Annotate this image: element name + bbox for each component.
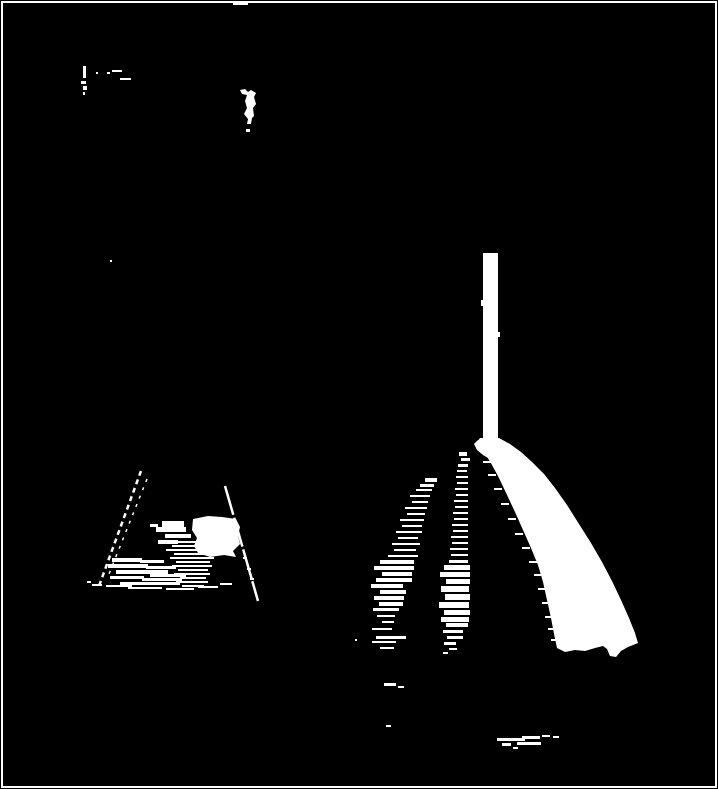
volumetric-neck-fragment	[498, 332, 500, 337]
scene-svg	[0, 0, 718, 789]
erlenmeyer-liquid-lower-speckle-fragment	[150, 574, 186, 577]
erlenmeyer-liquid-lower-speckle-fragment	[120, 582, 180, 585]
erlenmeyer-bottom-dashes-fragment	[198, 586, 218, 588]
volumetric-stripe-triangle-fragment	[388, 555, 418, 557]
volumetric-neck-fragment	[481, 300, 483, 306]
volumetric-stripe-triangle-fragment	[412, 501, 428, 503]
erlenmeyer-bottom-dashes-fragment	[128, 587, 162, 589]
volumetric-stripe-triangle-fragment	[394, 549, 416, 551]
erlenmeyer-liquid-lower-speckle-fragment	[116, 570, 168, 574]
background-glints-fragment	[355, 639, 357, 641]
volumetric-chain-reflection-fragment	[451, 554, 468, 556]
volumetric-stripe-triangle-fragment	[407, 513, 425, 515]
volumetric-stripe-triangle-dense-fragment	[373, 608, 399, 611]
top-edge-dash	[233, 2, 248, 5]
volumetric-chain-dense-blob-fragment	[444, 565, 470, 570]
erlenmeyer-liquid-upper-patches-fragment	[150, 524, 158, 527]
background-glints-fragment	[81, 81, 86, 84]
volumetric-chain-dense-blob-fragment	[444, 642, 456, 645]
volumetric-chain-reflection-fragment	[456, 476, 468, 478]
volumetric-lower-specks-fragment	[398, 686, 404, 688]
background-glints-fragment	[96, 72, 98, 74]
erlenmeyer-liquid-stripes-fragment	[180, 577, 206, 579]
volumetric-stripe-triangle-dense-fragment	[382, 621, 394, 623]
volumetric-chain-dense-blob-fragment	[449, 648, 457, 650]
erlenmeyer-liquid-upper-patches-fragment	[165, 534, 191, 538]
volumetric-stripe-triangle-fragment	[410, 495, 430, 497]
erlenmeyer-liquid-lower-speckle-fragment	[106, 585, 132, 587]
background-glints-fragment	[112, 70, 122, 72]
volumetric-stripe-triangle-fragment	[392, 543, 420, 545]
background-glints-fragment	[83, 66, 86, 78]
volumetric-stripe-triangle-dense-fragment	[376, 578, 412, 582]
volumetric-chain-dense-blob-fragment	[445, 594, 470, 600]
volumetric-band-left-edge-dashes-fragment	[494, 488, 502, 490]
volumetric-stripe-triangle-fragment	[398, 537, 418, 539]
volumetric-base-streak-fragment	[497, 738, 525, 741]
erlenmeyer-bottom-dashes-fragment	[87, 581, 91, 583]
volumetric-stripe-triangle-dense-fragment	[374, 566, 414, 570]
background-glints-fragment	[83, 92, 85, 95]
erlenmeyer-neck-glint-specks	[246, 129, 250, 132]
erlenmeyer-liquid-lower-speckle-fragment	[142, 578, 182, 581]
volumetric-stripe-triangle-dense-fragment	[382, 572, 412, 576]
volumetric-lower-specks-fragment	[386, 725, 391, 727]
volumetric-chain-dense-blob-fragment	[443, 652, 448, 654]
volumetric-stripe-triangle-dense-fragment	[380, 647, 394, 649]
volumetric-chain-dense-blob-fragment	[444, 610, 470, 615]
volumetric-chain-reflection-fragment	[455, 488, 468, 490]
erlenmeyer-liquid-lower-speckle-fragment	[112, 558, 142, 562]
volumetric-chain-reflection-fragment	[457, 482, 468, 484]
volumetric-band-left-edge-dashes-fragment	[501, 503, 509, 505]
background-glints-fragment	[107, 72, 110, 74]
erlenmeyer-bottom-dashes-fragment	[166, 588, 194, 590]
volumetric-chain-reflection-fragment	[456, 494, 468, 496]
erlenmeyer-liquid-stripes-fragment	[176, 561, 210, 563]
erlenmeyer-liquid-lower-speckle-fragment	[140, 560, 164, 563]
background-glints-fragment	[83, 86, 87, 90]
volumetric-band-left-edge-dashes-fragment	[508, 518, 516, 520]
volumetric-chain-dense-blob-fragment	[443, 630, 463, 633]
erlenmeyer-liquid-lower-speckle-fragment	[146, 566, 176, 569]
erlenmeyer-liquid-bright-blob	[192, 516, 240, 557]
volumetric-stripe-triangle-fragment	[402, 525, 422, 527]
volumetric-base-streak-fragment	[553, 736, 559, 738]
volumetric-stripe-triangle-fragment	[405, 507, 427, 509]
volumetric-stripe-triangle-fragment	[425, 478, 437, 482]
volumetric-chain-dense-blob-fragment	[446, 623, 468, 627]
volumetric-chain-reflection-fragment	[453, 530, 468, 532]
volumetric-chain-reflection-fragment	[453, 512, 468, 514]
volumetric-stripe-triangle-dense-fragment	[380, 590, 406, 594]
erlenmeyer-liquid-stripes-fragment	[176, 581, 208, 583]
volumetric-chain-reflection-fragment	[452, 524, 468, 526]
volumetric-band-left-edge-dashes-fragment	[522, 547, 530, 549]
volumetric-stripe-triangle-dense-fragment	[374, 596, 404, 600]
volumetric-chain-dense-blob-fragment	[439, 602, 469, 608]
volumetric-base-streak-fragment	[517, 742, 541, 745]
volumetric-stripe-triangle-dense-fragment	[380, 560, 414, 564]
erlenmeyer-liquid-lower-speckle-fragment	[110, 576, 144, 579]
volumetric-chain-reflection-fragment	[451, 536, 468, 538]
volumetric-chain-dense-blob-fragment	[441, 617, 469, 622]
volumetric-chain-dense-blob-fragment	[441, 586, 469, 592]
volumetric-stripe-triangle-fragment	[416, 489, 432, 491]
volumetric-chain-reflection-fragment	[461, 458, 470, 461]
volumetric-base-streak-fragment	[522, 736, 540, 739]
volumetric-chain-reflection-fragment	[457, 470, 467, 472]
volumetric-chain-reflection-fragment	[449, 560, 468, 563]
erlenmeyer-neck-glint-specks-fragment	[246, 129, 250, 132]
volumetric-chain-reflection-fragment	[455, 506, 468, 508]
volumetric-chain-reflection-fragment	[454, 518, 468, 520]
top-edge-dash-fragment	[233, 2, 248, 5]
volumetric-base-streak-fragment	[502, 743, 511, 746]
volumetric-chain-reflection-fragment	[450, 548, 468, 550]
volumetric-base-streak-fragment	[513, 747, 518, 749]
erlenmeyer-liquid-stripes-fragment	[170, 557, 214, 559]
erlenmeyer-liquid-stripes-fragment	[178, 569, 208, 571]
volumetric-chain-reflection-fragment	[452, 542, 468, 544]
volumetric-chain-dense-blob-fragment	[440, 572, 470, 577]
volumetric-base-streak-fragment	[542, 735, 550, 737]
erlenmeyer-liquid-lower-speckle-fragment	[108, 564, 148, 568]
volumetric-neck-fragment	[483, 253, 498, 441]
erlenmeyer-bottom-dashes-fragment	[220, 583, 232, 585]
volumetric-neck	[481, 253, 500, 441]
erlenmeyer-liquid-stripes-fragment	[172, 565, 212, 567]
background-glints-fragment	[110, 260, 112, 262]
erlenmeyer-liquid-upper-patches-fragment	[156, 527, 186, 532]
volumetric-stripe-triangle-fragment	[420, 484, 434, 487]
volumetric-chain-dense-blob-fragment	[447, 636, 463, 639]
volumetric-stripe-triangle-fragment	[400, 519, 424, 521]
volumetric-chain-reflection-fragment	[454, 500, 468, 502]
volumetric-band-left-edge-dashes-fragment	[529, 561, 537, 563]
volumetric-stripe-triangle-dense-fragment	[377, 615, 395, 617]
volumetric-chain-reflection-fragment	[458, 464, 468, 467]
volumetric-stripe-triangle-dense-fragment	[372, 641, 396, 643]
volumetric-stripe-triangle-dense-fragment	[379, 602, 403, 606]
photo-background	[0, 0, 718, 789]
volumetric-stripe-triangle-dense-fragment	[376, 636, 406, 639]
thresholded-photo-canvas	[0, 0, 718, 789]
erlenmeyer-liquid-upper-patches-fragment	[162, 521, 184, 527]
volumetric-stripe-triangle-fragment	[396, 531, 422, 533]
background-glints-fragment	[120, 78, 131, 80]
volumetric-stripe-triangle-dense-fragment	[372, 628, 392, 630]
volumetric-chain-dense-blob-fragment	[446, 579, 470, 584]
volumetric-band-left-edge-dashes-fragment	[515, 533, 523, 535]
volumetric-lower-specks-fragment	[384, 683, 396, 686]
volumetric-chain-reflection-fragment	[459, 452, 467, 456]
volumetric-stripe-triangle-dense-fragment	[371, 584, 403, 588]
volumetric-band-left-edge-dashes-fragment	[488, 474, 496, 476]
